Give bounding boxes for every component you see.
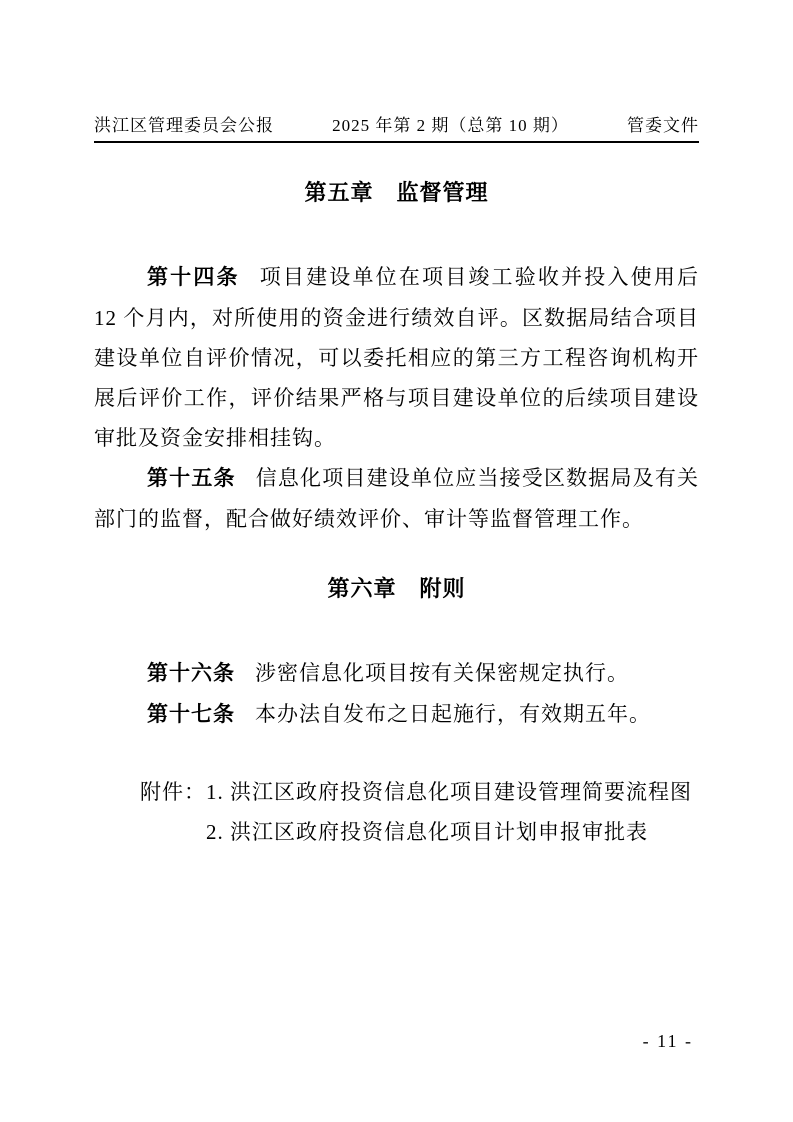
article-17: 第十七条本办法自发布之日起施行，有效期五年。 [94,694,699,735]
header-issue-info: 2025 年第 2 期（总第 10 期） [332,116,569,136]
article-14-text: 项目建设单位在项目竣工验收并投入使用后 12 个月内，对所使用的资金进行绩效自评… [94,265,699,450]
page-header: 洪江区管理委员会公报 2025 年第 2 期（总第 10 期） 管委文件 [94,116,699,143]
article-15: 第十五条信息化项目建设单位应当接受区数据局及有关部门的监督，配合做好绩效评价、审… [94,458,699,539]
article-14-label: 第十四条 [147,266,240,289]
document-page: 洪江区管理委员会公报 2025 年第 2 期（总第 10 期） 管委文件 第五章… [0,0,793,1122]
attachments-label: 附件： [140,772,206,812]
attachments-list: 1. 洪江区政府投资信息化项目建设管理简要流程图 2. 洪江区政府投资信息化项目… [206,772,692,852]
page-number: - 11 - [643,1030,693,1052]
chapter-five-title: 第五章 监督管理 [94,181,699,205]
chapter-six-title: 第六章 附则 [94,577,699,601]
article-17-text: 本办法自发布之日起施行，有效期五年。 [255,702,651,726]
article-17-label: 第十七条 [147,703,235,726]
attachment-item-2: 2. 洪江区政府投资信息化项目计划申报审批表 [206,812,692,852]
attachments-block: 附件： 1. 洪江区政府投资信息化项目建设管理简要流程图 2. 洪江区政府投资信… [94,772,699,852]
article-15-label: 第十五条 [147,467,236,490]
header-document-category: 管委文件 [627,116,699,136]
attachment-item-1: 1. 洪江区政府投资信息化项目建设管理简要流程图 [206,772,692,812]
article-16: 第十六条涉密信息化项目按有关保密规定执行。 [94,653,699,694]
article-16-text: 涉密信息化项目按有关保密规定执行。 [255,661,629,685]
article-16-label: 第十六条 [147,662,235,685]
header-publication-title: 洪江区管理委员会公报 [94,116,274,136]
article-14: 第十四条项目建设单位在项目竣工验收并投入使用后 12 个月内，对所使用的资金进行… [94,257,699,458]
